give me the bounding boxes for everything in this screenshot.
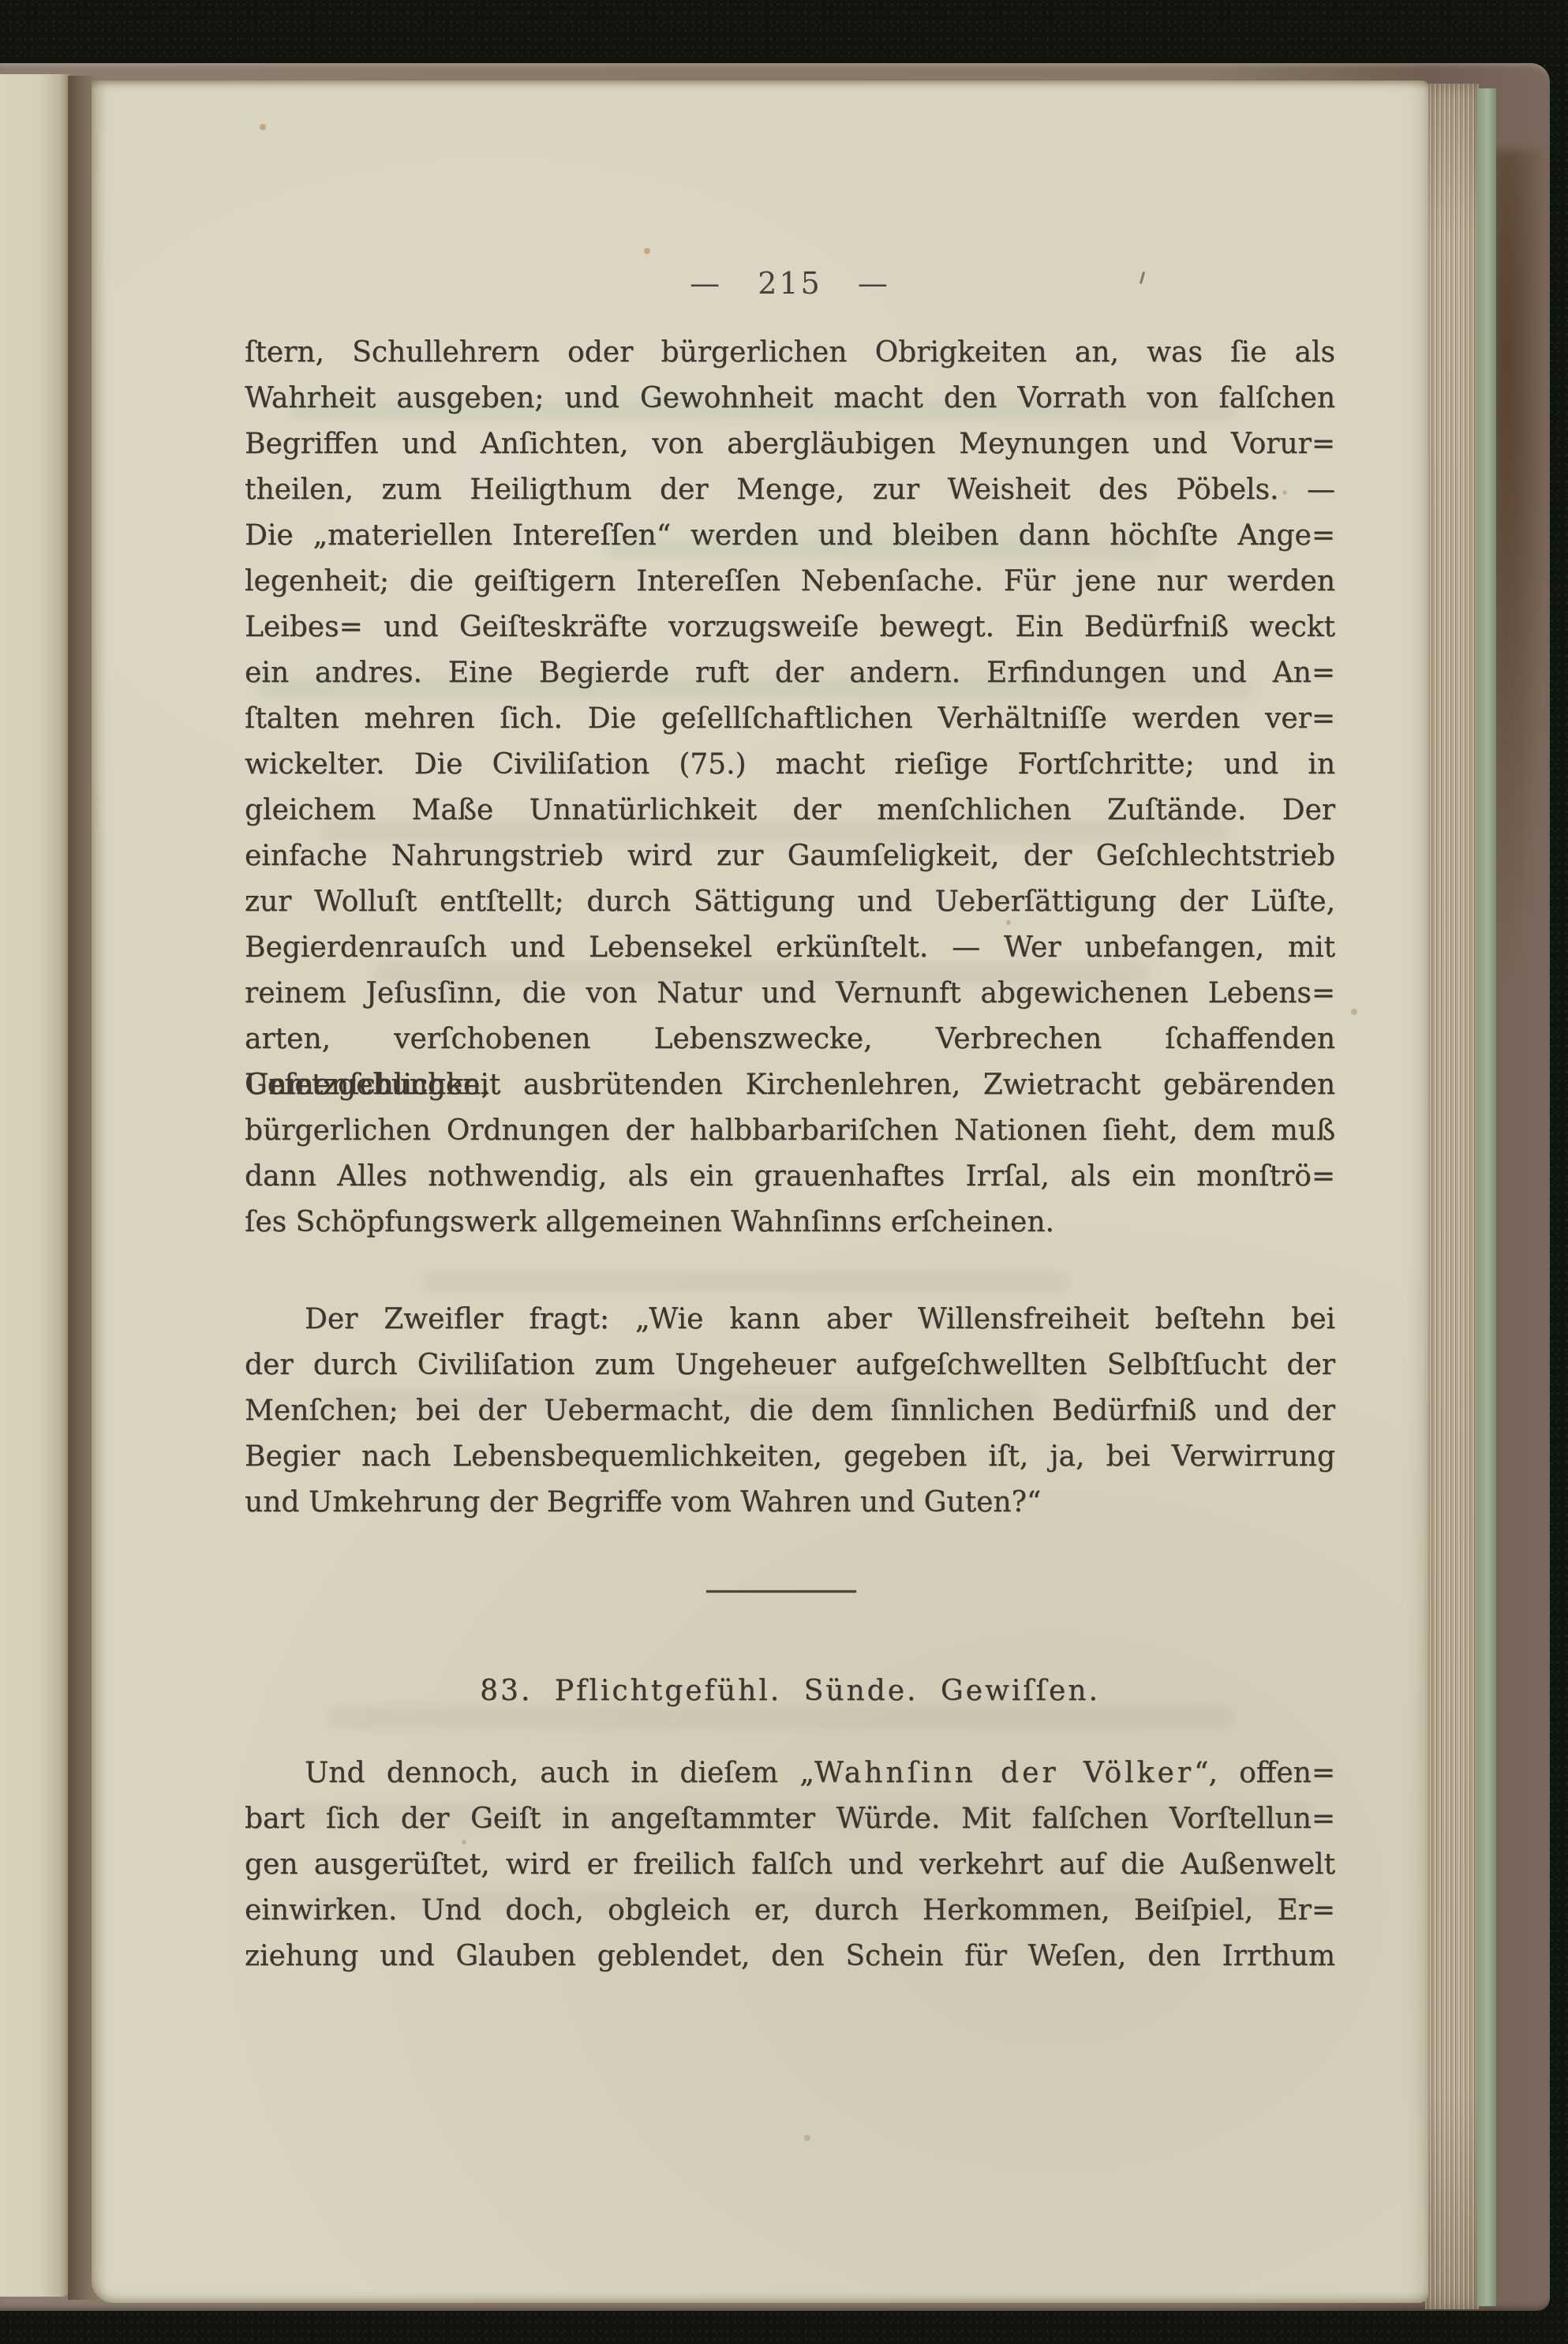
section-divider-rule xyxy=(706,1590,856,1593)
text-line: der durch Civiliſation zum Ungeheuer auf… xyxy=(245,1342,1335,1388)
text-line: legenheit; die geiſtigern Intereſſen Neb… xyxy=(245,559,1335,605)
text-line: Leibes= und Geiſteskräfte vorzugsweiſe b… xyxy=(245,605,1335,650)
emphasized-text: Wahnſinn der Völker xyxy=(814,1757,1194,1789)
text-line: dann Alles nothwendig, als ein grauenhaf… xyxy=(245,1154,1335,1200)
text-line: ziehung und Glauben geblendet, den Schei… xyxy=(245,1934,1335,1979)
text-line: Wahrheit ausgeben; und Gewohnheit macht … xyxy=(245,376,1335,421)
paragraph-section-83: Und dennoch, auch in dieſem „Wahnſinn de… xyxy=(245,1751,1335,1979)
cover-board-green-edge xyxy=(1477,88,1496,2306)
book-page: — 215 — ſtern, Schullehrern oder bürgerl… xyxy=(92,81,1428,2303)
text-line: gleichem Maße Unnatürlichkeit der menſch… xyxy=(245,788,1335,833)
text-line: bürgerlichen Ordnungen der halbbarbariſc… xyxy=(245,1108,1335,1154)
text-line: bart ſich der Geiſt in angeſtammter Würd… xyxy=(245,1796,1335,1842)
text-line: arten, verſchobenen Lebenszwecke, Verbre… xyxy=(245,1017,1335,1062)
gutter-shadow xyxy=(68,76,106,2300)
text-line: und Umkehrung der Begriffe vom Wahren un… xyxy=(245,1480,1335,1526)
showthrough-smudge xyxy=(423,1272,1070,1291)
text-line: Der Zweifler fragt: „Wie kann aber Wille… xyxy=(245,1297,1335,1342)
text-line: ein andres. Eine Begierde ruft der ander… xyxy=(245,650,1335,696)
section-heading: 83. Pflichtgefühl. Sünde. Gewiſſen. xyxy=(245,1668,1335,1714)
text-line: Begriffen und Anſichten, von abergläubig… xyxy=(245,421,1335,467)
text-line: Begier nach Lebensbequemlichkeiten, gege… xyxy=(245,1434,1335,1480)
text-line: Und dennoch, auch in dieſem „Wahnſinn de… xyxy=(245,1751,1335,1796)
text-line: einwirken. Und doch, obgleich er, durch … xyxy=(245,1888,1335,1934)
text-line: wickelter. Die Civiliſation (75.) macht … xyxy=(245,742,1335,788)
facing-page-edge xyxy=(0,74,71,2297)
text-line: gen ausgerüſtet, wird er freilich falſch… xyxy=(245,1842,1335,1888)
text-segment: Und dennoch, auch in dieſem „ xyxy=(305,1757,814,1789)
text-line: Unmenſchlichkeit ausbrütenden Kirchenleh… xyxy=(245,1062,1335,1108)
text-line: reinem Jeſusſinn, die von Natur und Vern… xyxy=(245,971,1335,1017)
text-line: zur Wolluſt entſtellt; durch Sättigung u… xyxy=(245,879,1335,925)
text-segment: “, offen= xyxy=(1194,1757,1335,1789)
text-line: ſes Schöpfungswerk allgemeinen Wahnſinns… xyxy=(245,1200,1335,1245)
text-line: Die „materiellen Intereſſen“ werden und … xyxy=(245,513,1335,559)
paragraph-doubter-quote: Der Zweifler fragt: „Wie kann aber Wille… xyxy=(245,1297,1335,1526)
text-line: Begierdenrauſch und Lebensekel erkünſtel… xyxy=(245,925,1335,971)
text-line: Menſchen; bei der Uebermacht, die dem ſi… xyxy=(245,1388,1335,1434)
page-stack-fore-edge xyxy=(1425,84,1479,2309)
text-line: ſtalten mehren ſich. Die geſellſchaftlic… xyxy=(245,696,1335,742)
text-line: einfache Nahrungstrieb wird zur Gaumſeli… xyxy=(245,833,1335,879)
book-scan-photo: — 215 — ſtern, Schullehrern oder bürgerl… xyxy=(0,0,1568,2344)
text-line: theilen, zum Heiligthum der Menge, zur W… xyxy=(245,467,1335,513)
page-number: — 215 — xyxy=(245,260,1335,306)
text-line: ſtern, Schullehrern oder bürgerlichen Ob… xyxy=(245,330,1335,376)
paragraph-continued: ſtern, Schullehrern oder bürgerlichen Ob… xyxy=(245,330,1335,1245)
